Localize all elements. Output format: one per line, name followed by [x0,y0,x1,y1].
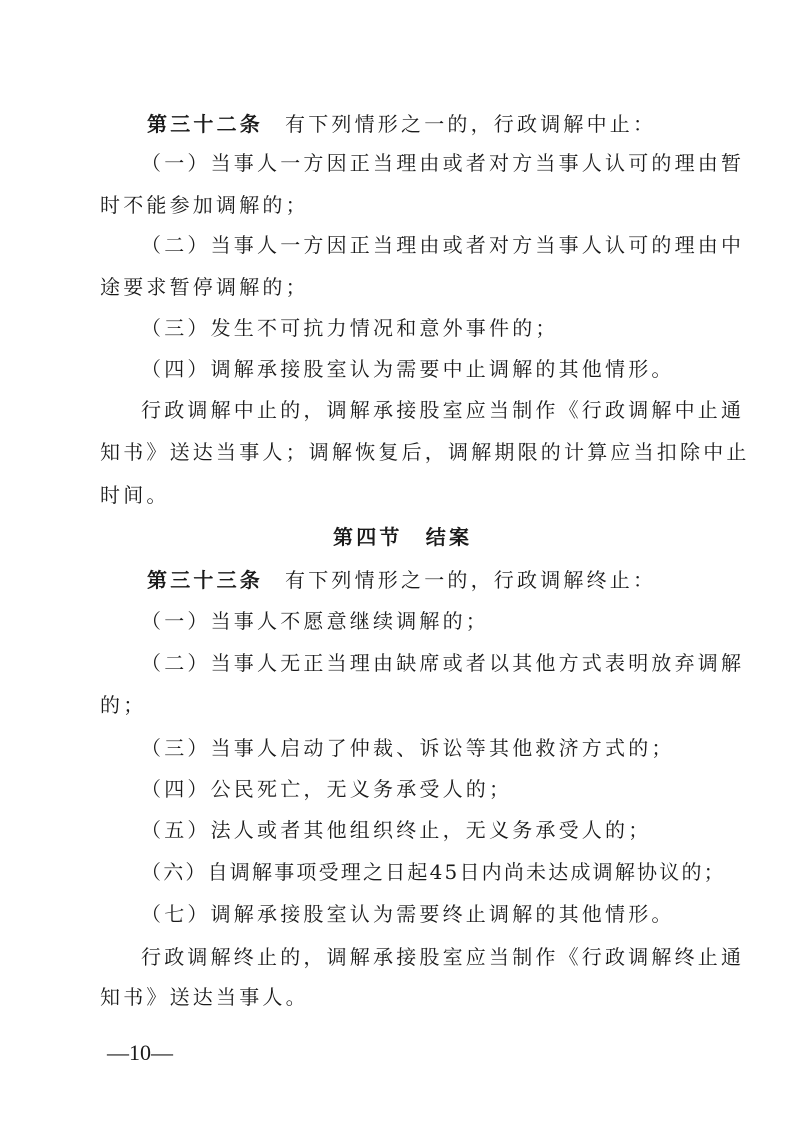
article-33-item: （七）调解承接股室认为需要终止调解的其他情形。 [141,902,675,926]
article-32-item: （四）调解承接股室认为需要中止调解的其他情形。 [141,357,675,381]
article-33-item: （六）自调解事项受理之日起45日内尚未达成调解协议的； [141,860,726,884]
article-33-intro: 有下列情形之一的，行政调解终止： [285,568,656,592]
section-title: 第四节 结案 [333,525,472,549]
article-32-closing: 时间。 [100,483,170,507]
article-33-item: （三）当事人启动了仲裁、诉讼等其他救济方式的； [141,736,675,760]
article-32-line: 第三十二条有下列情形之一的，行政调解中止： [147,112,656,136]
article-32-item: （三）发生不可抗力情况和意外事件的； [141,316,559,340]
article-32-item: 时不能参加调解的； [100,193,309,217]
article-33-item: （四）公民死亡，无义务承受人的； [141,777,512,801]
article-33-item: 的； [100,693,146,717]
article-33-line: 第三十三条有下列情形之一的，行政调解终止： [147,568,656,592]
article-33-heading: 第三十三条 [147,568,263,592]
article-32-intro: 有下列情形之一的，行政调解中止： [285,112,656,136]
article-33-item: （一）当事人不愿意继续调解的； [141,609,489,633]
page-number: —10— [107,1040,173,1066]
article-33-item: （二）当事人无正当理由缺席或者以其他方式表明放弃调解 [141,651,744,675]
article-33-closing: 知书》送达当事人。 [100,985,309,1009]
article-32-closing: 知书》送达当事人；调解恢复后，调解期限的计算应当扣除中止 [100,440,750,464]
article-32-item: （二）当事人一方因正当理由或者对方当事人认可的理由中 [141,233,744,257]
article-32-item: 途要求暂停调解的； [100,275,309,299]
article-32-item: （一）当事人一方因正当理由或者对方当事人认可的理由暂 [141,151,744,175]
article-32-closing: 行政调解中止的，调解承接股室应当制作《行政调解中止通 [141,398,744,422]
article-33-item: （五）法人或者其他组织终止，无义务承受人的； [141,818,651,842]
article-33-closing: 行政调解终止的，调解承接股室应当制作《行政调解终止通 [141,945,744,969]
article-32-heading: 第三十二条 [147,112,263,136]
